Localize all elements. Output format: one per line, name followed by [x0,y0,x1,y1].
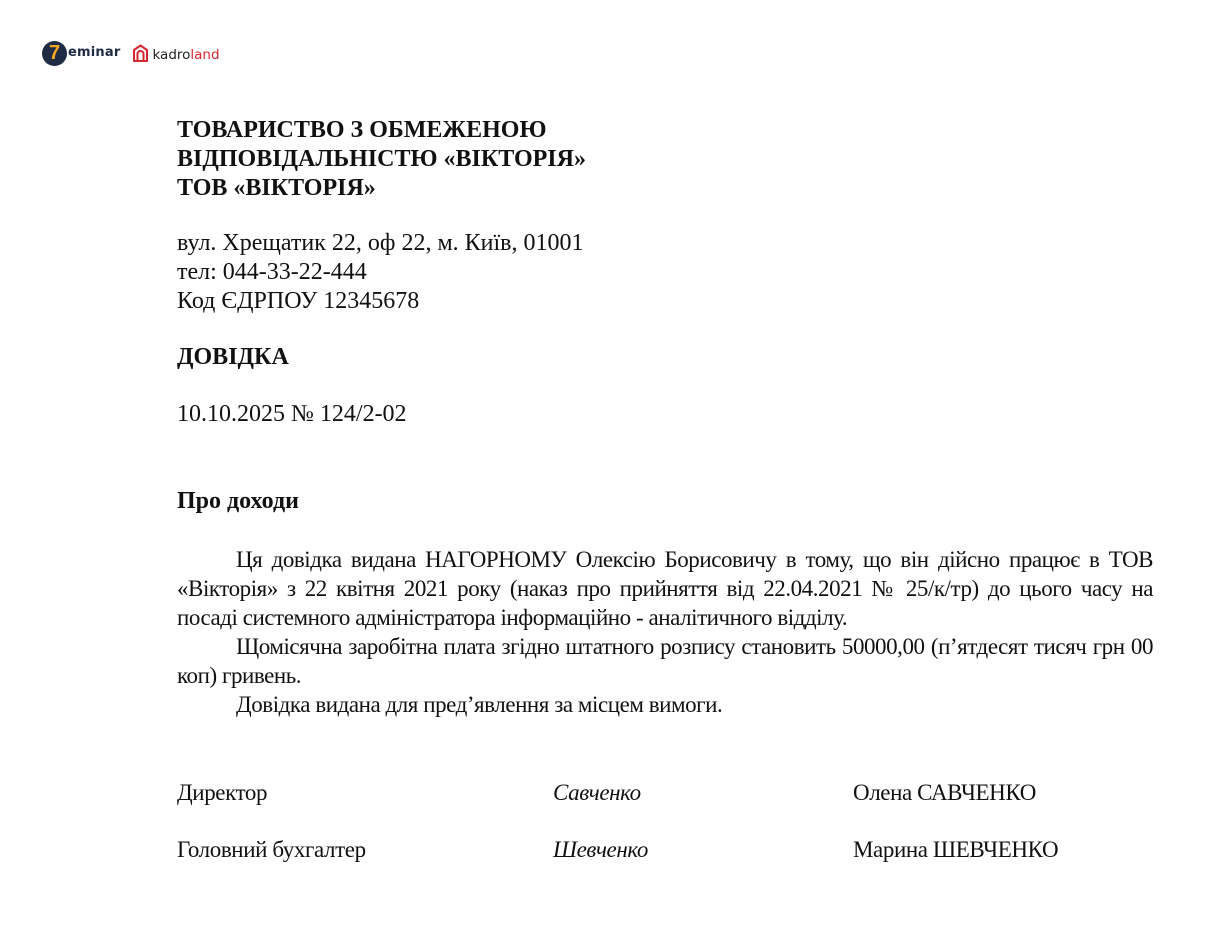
document-date-number: 10.10.2025 № 124/2-02 [177,400,1153,429]
document-body: ТОВАРИСТВО З ОБМЕЖЕНОЮ ВІДПОВІДАЛЬНІСТЮ … [177,116,1153,719]
signature-role: Директор [177,780,267,806]
seminar-logo: 7 eminar [42,41,120,66]
organization-address: вул. Хрещатик 22, оф 22, м. Київ, 01001 [177,229,1153,258]
organization-contacts: вул. Хрещатик 22, оф 22, м. Київ, 01001 … [177,229,1153,316]
signature-full-name: Олена САВЧЕНКО [853,780,1036,806]
paragraph-salary: Щомісячна заробітна плата згідно штатног… [177,632,1153,690]
seminar-logo-text: eminar [68,45,120,60]
document-subject: Про доходи [177,487,1153,516]
organization-name-line: ВІДПОВІДАЛЬНІСТЮ «ВІКТОРІЯ» [177,145,1153,174]
organization-phone: тел: 044-33-22-444 [177,258,1153,287]
signature-role: Головний бухгалтер [177,837,366,863]
signature-handwritten: Савченко [553,780,641,806]
kadroland-logo: kadroland [132,44,219,62]
organization-edrpou: Код ЄДРПОУ 12345678 [177,287,1153,316]
paragraph-purpose: Довідка видана для пред’явлення за місце… [177,690,1153,719]
signature-full-name: Марина ШЕВЧЕНКО [853,837,1058,863]
kadroland-text-red: land [190,47,219,63]
signature-row-chief-accountant: Головний бухгалтер Шевченко Марина ШЕВЧЕ… [177,837,1137,894]
house-arch-icon [132,44,149,62]
document-text: Ця довідка видана НАГОРНОМУ Олексію Бори… [177,545,1153,719]
paragraph-employment: Ця довідка видана НАГОРНОМУ Олексію Бори… [177,545,1153,632]
seminar-seven-icon: 7 [42,41,67,66]
kadroland-text-dark: kadro [152,47,190,63]
organization-name: ТОВАРИСТВО З ОБМЕЖЕНОЮ ВІДПОВІДАЛЬНІСТЮ … [177,116,1153,203]
organization-name-line: ТОВАРИСТВО З ОБМЕЖЕНОЮ [177,116,1153,145]
signature-row-director: Директор Савченко Олена САВЧЕНКО [177,780,1137,837]
document-title: ДОВІДКА [177,343,1153,372]
signature-handwritten: Шевченко [553,837,648,863]
kadroland-logo-text: kadroland [152,47,219,63]
organization-short-name: ТОВ «ВІКТОРІЯ» [177,174,1153,203]
header-logos: 7 eminar kadroland [42,39,220,67]
signatures-block: Директор Савченко Олена САВЧЕНКО Головни… [177,780,1137,894]
